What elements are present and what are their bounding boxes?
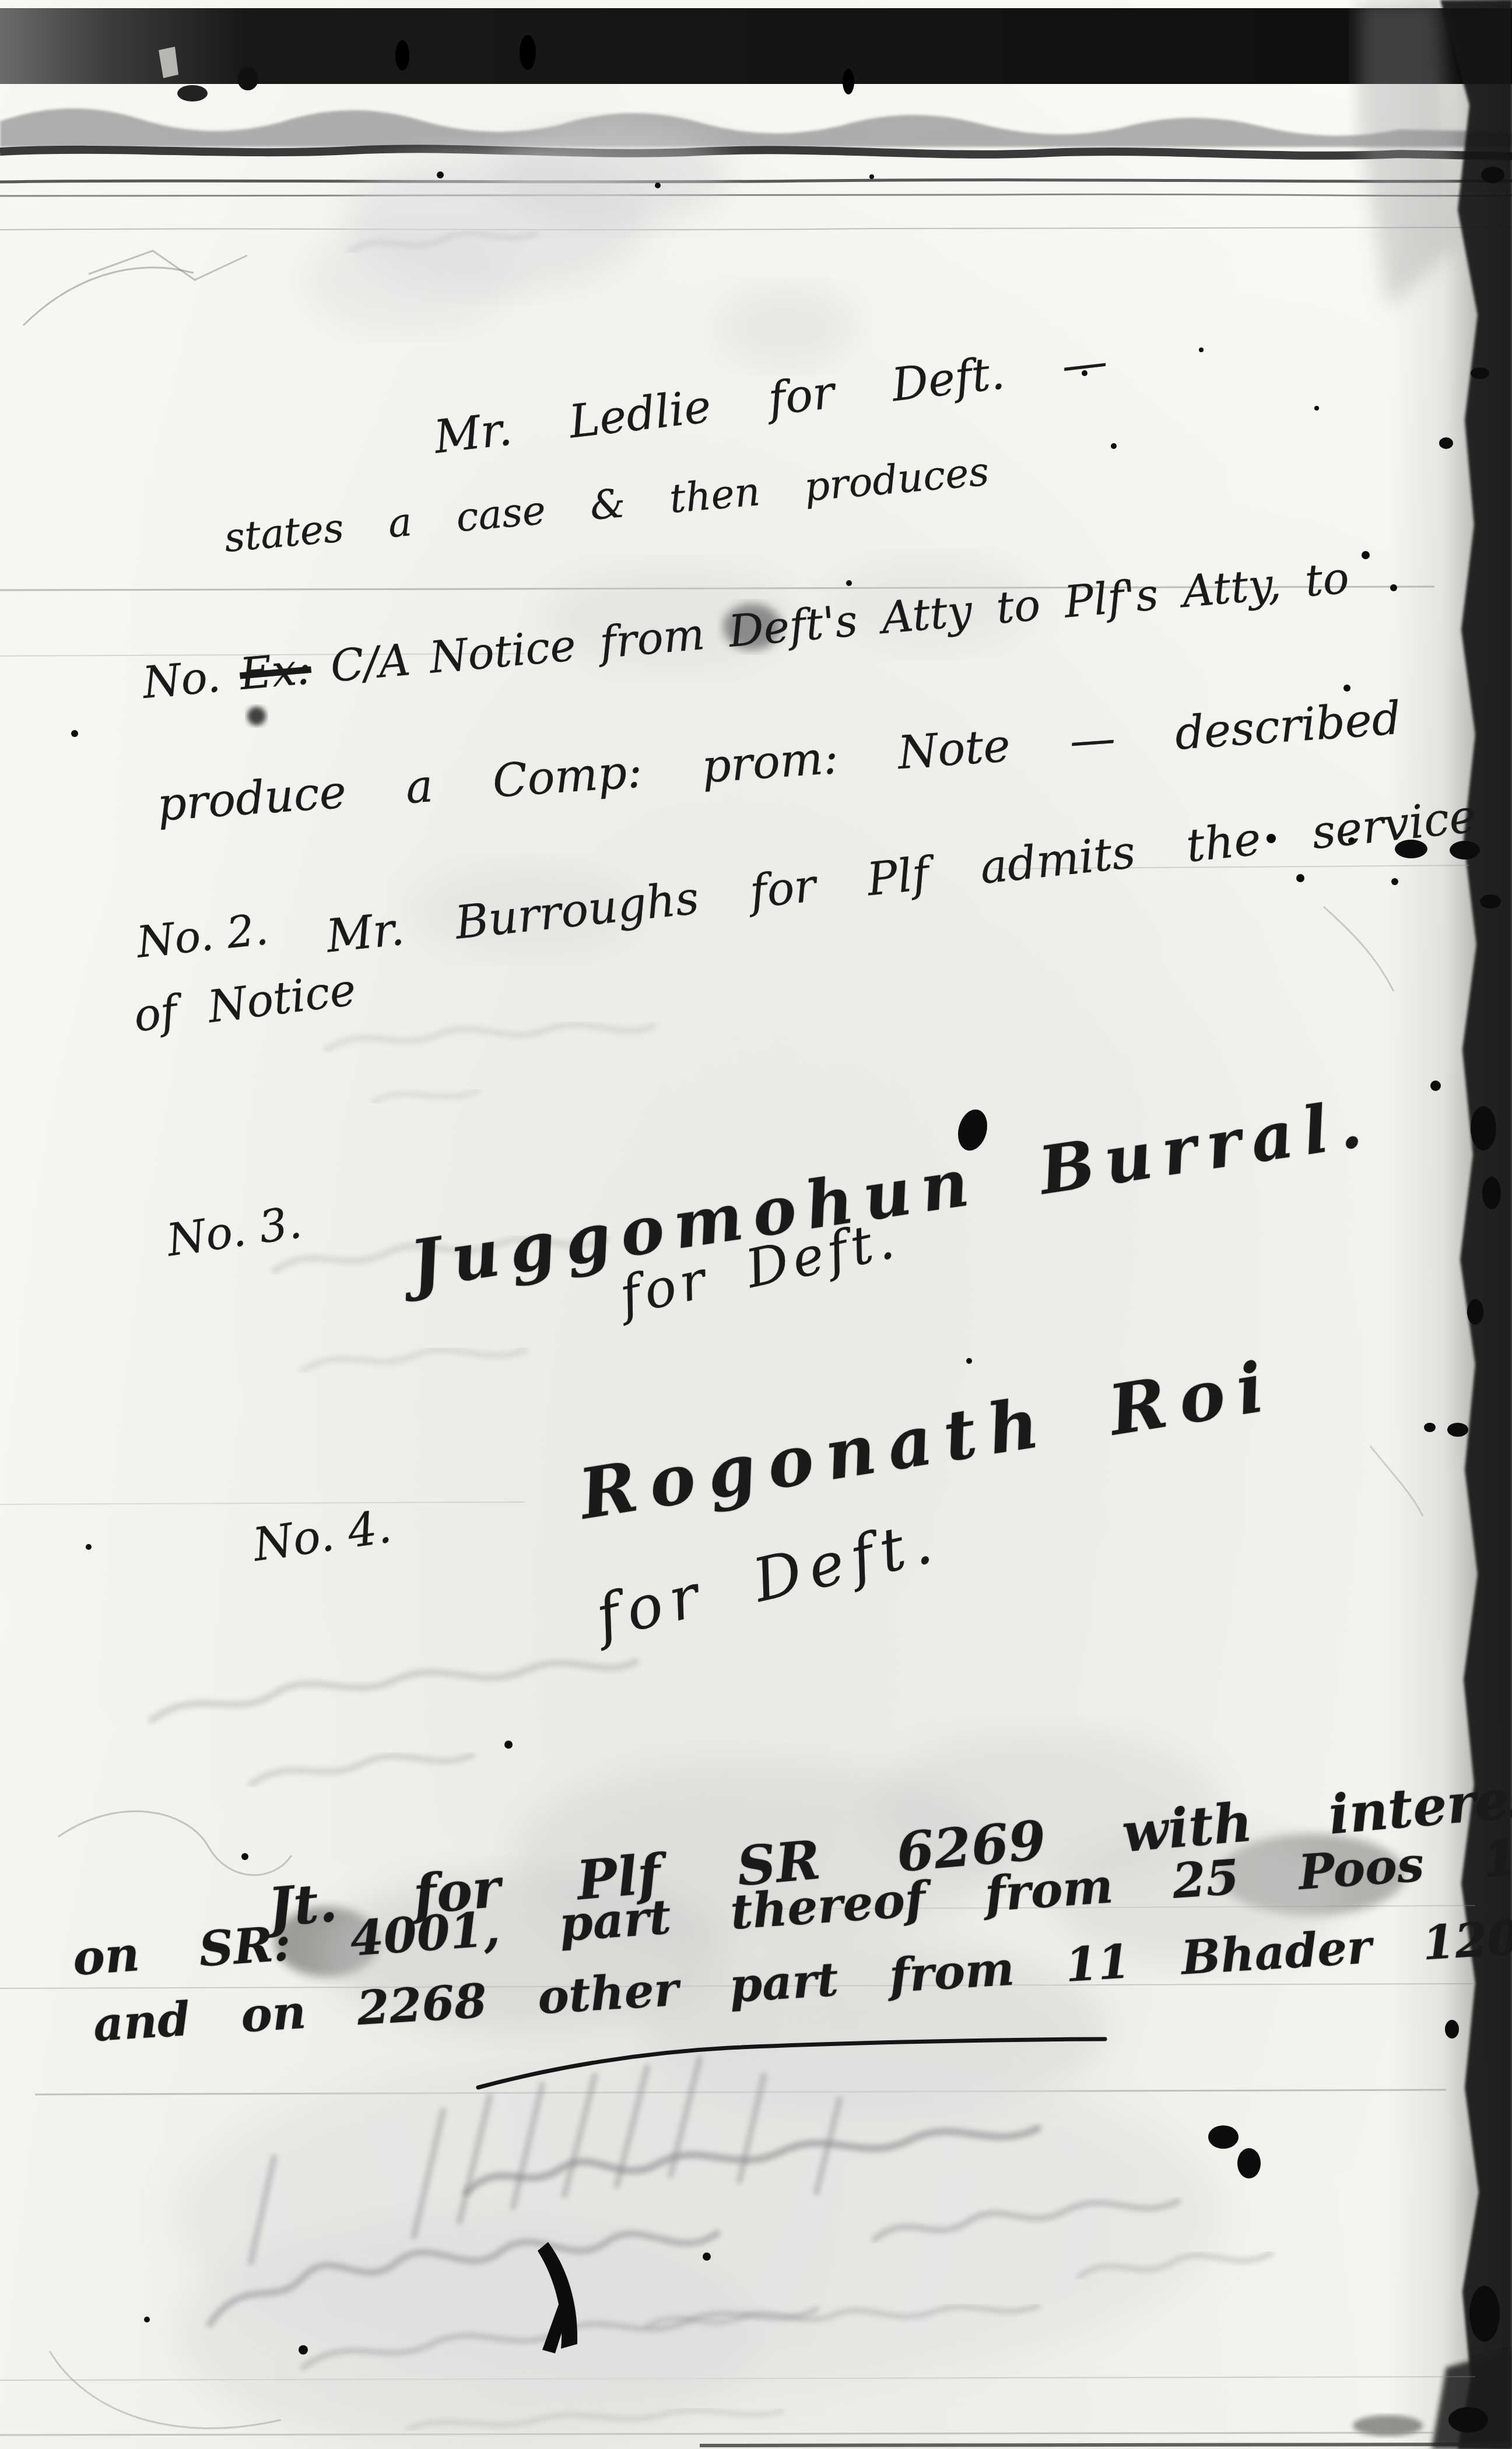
manuscript-page: Mr. Ledlie for Deft. — states a case & t… <box>0 0 1512 2449</box>
exhibit-struck-text: Ex: <box>238 643 314 700</box>
top-edge-band <box>0 8 1512 230</box>
entry-no2-label: No. 2. <box>135 908 270 964</box>
exhibit-mark: C/A <box>328 634 412 692</box>
right-binding-band <box>1353 0 1512 2449</box>
exhibit-no-prefix: No. <box>141 651 222 708</box>
